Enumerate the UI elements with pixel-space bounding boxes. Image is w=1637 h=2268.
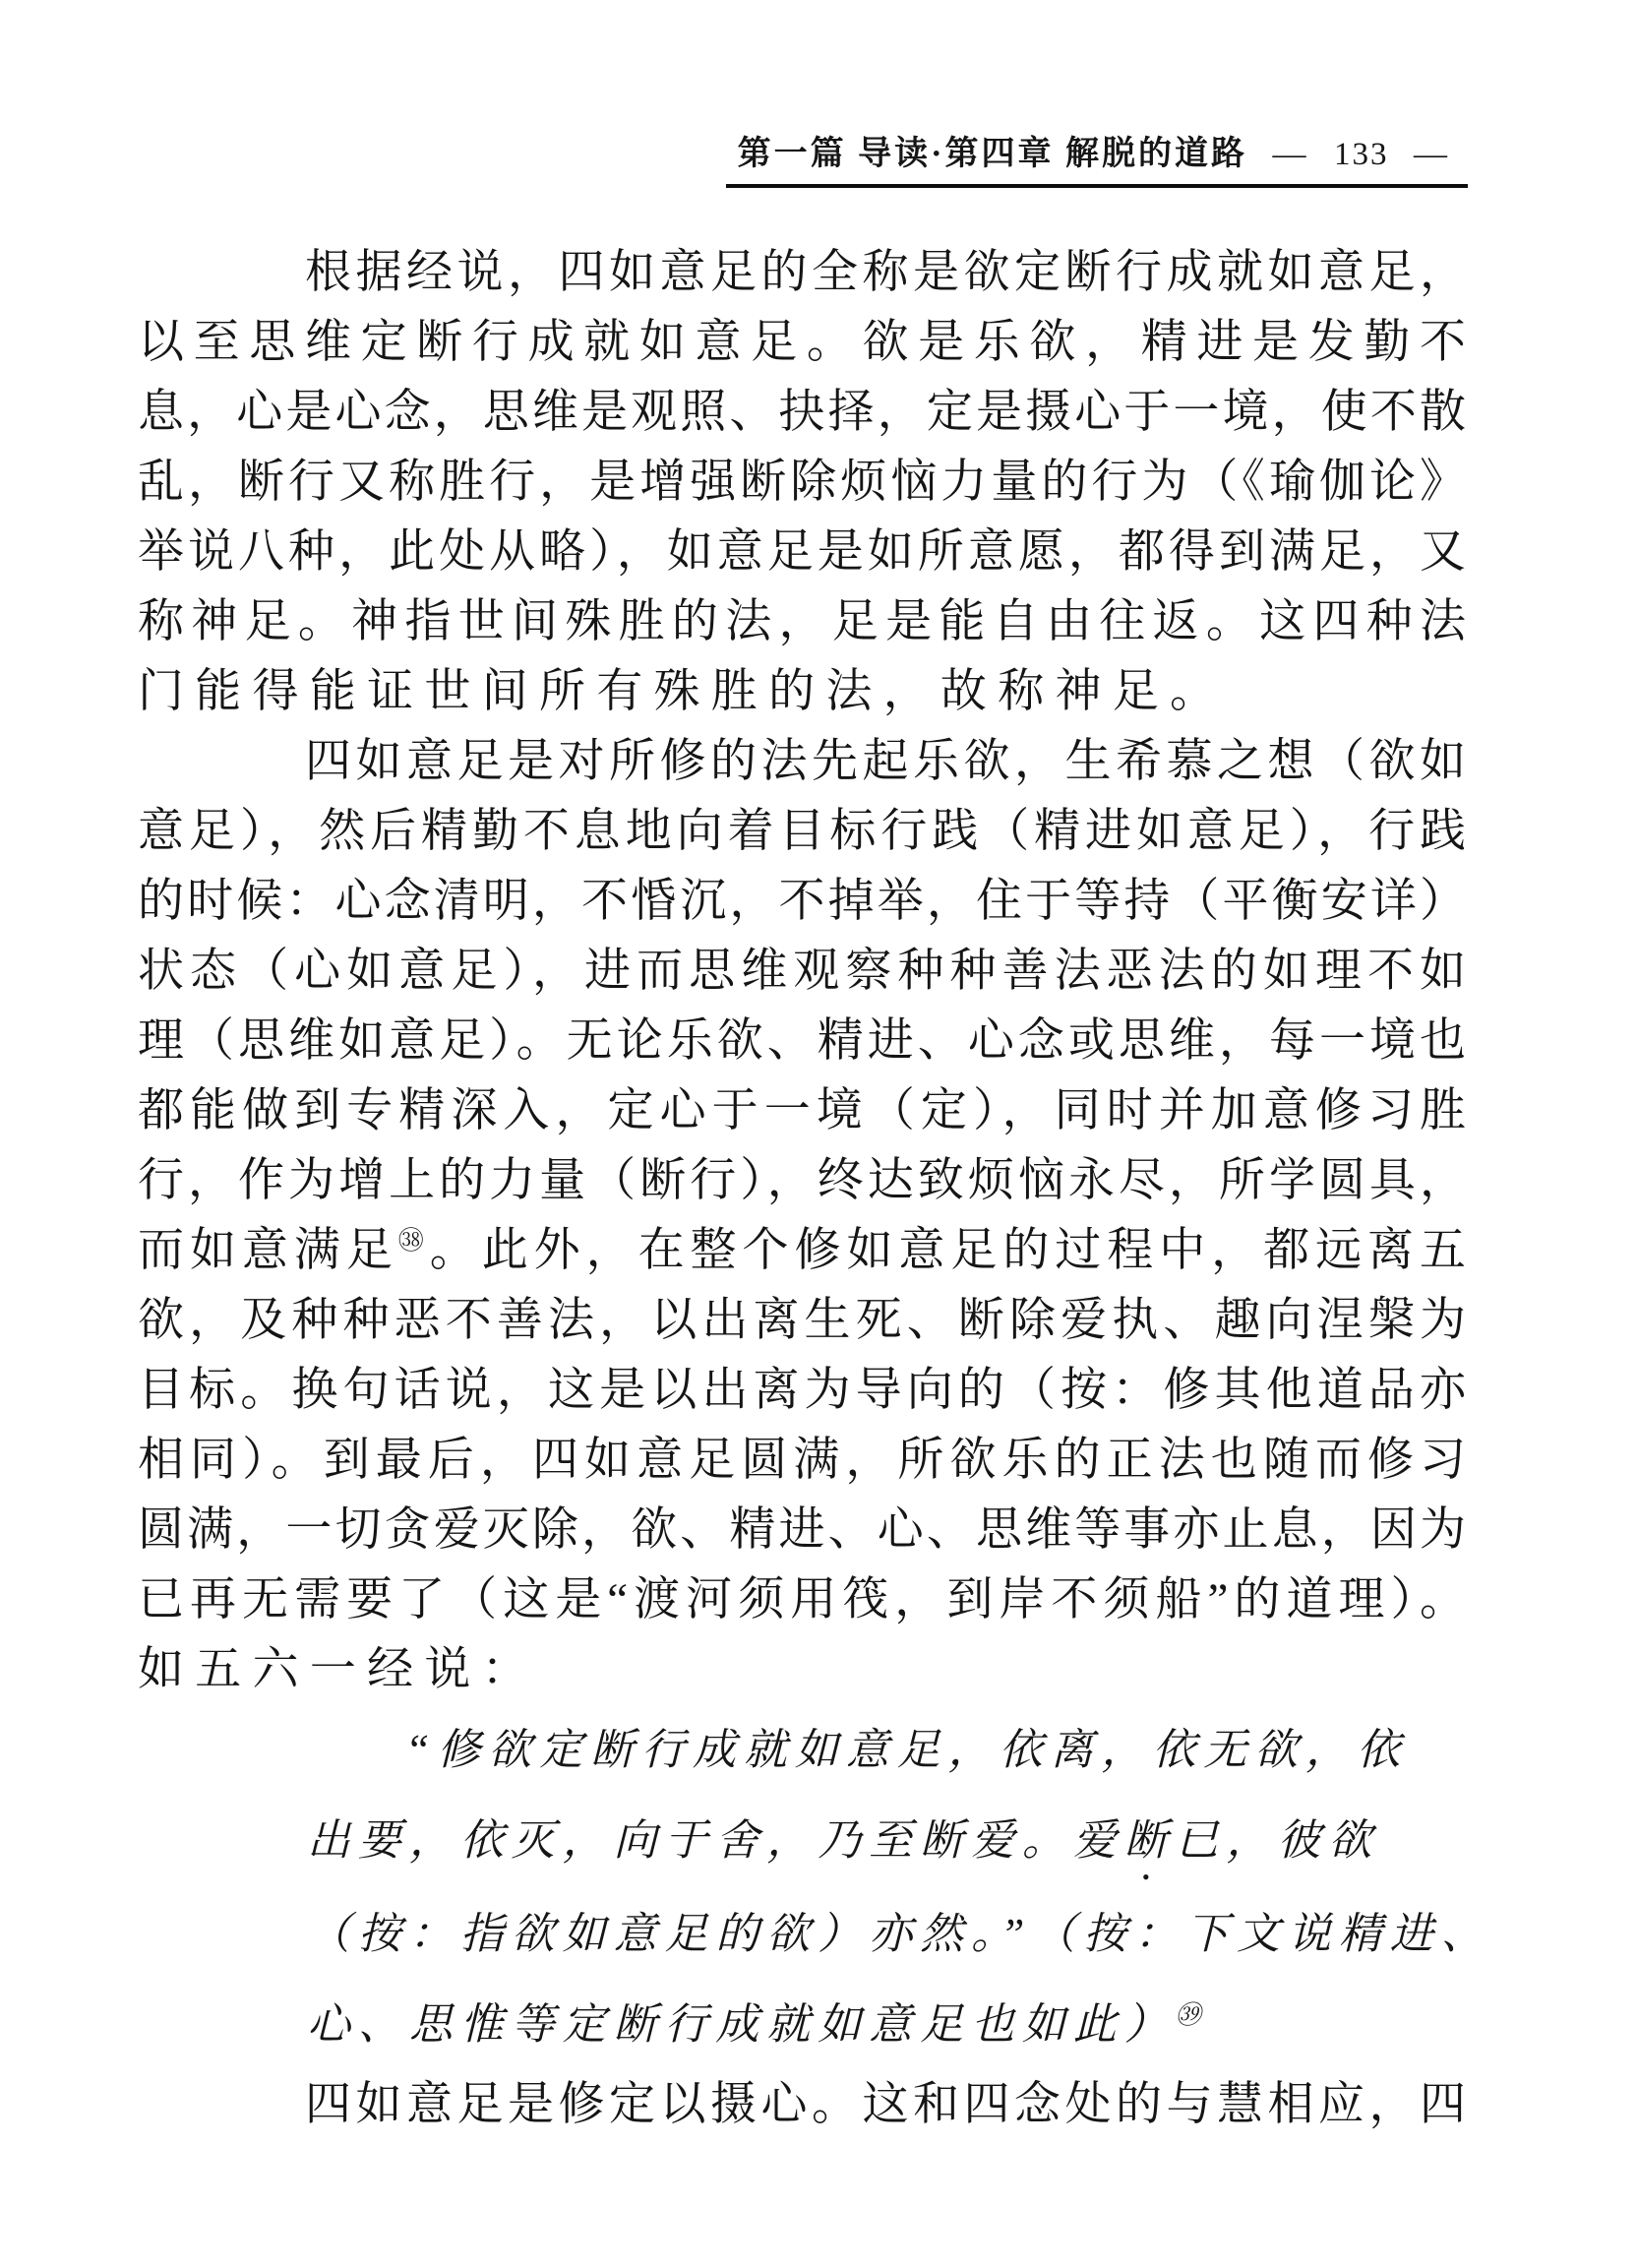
text-segment: （按：指欲如意足的欲）亦然。”（按：下文说精进、 (307, 1910, 1492, 1958)
text-segment: “修欲定断行成就如意足，依离，依无欲，依 (405, 1726, 1408, 1774)
text-line: 四如意足是修定以摄心。这和四念处的与慧相应，四 (138, 2070, 1466, 2140)
text-line: 欲，及种种恶不善法，以出离生死、断除爱执、趣向涅槃为 (138, 1286, 1466, 1356)
text-line: （按：指欲如意足的欲）亦然。”（按：下文说精进、 (307, 1889, 1466, 1980)
text-segment: 已再无需要了（这是“渡河须用筏，到岸不须船”的道理）。 (138, 1574, 1466, 1625)
text-line: 相同）。到最后，四如意足圆满，所欲乐的正法也随而修习 (138, 1426, 1466, 1496)
chapter-title: 第一篇 导读·第四章 解脱的道路 (738, 136, 1247, 172)
text-segment: 如五六一经说： (138, 1644, 539, 1695)
text-segment: 的时候：心念清明，不惛沉，不掉举，住于等持（平衡安详） (138, 876, 1466, 927)
footnote-marker: ㊴ (1176, 2000, 1201, 2029)
text-segment: 意足），然后精勤不息地向着目标行践（精进如意足），行践 (138, 806, 1466, 857)
text-segment: 圆满，一切贪爱灭除，欲、精进、心、思维等事亦止息，因为 (138, 1504, 1466, 1556)
text-line: 举说八种，此处从略），如意足是如所意愿，都得到满足，又 (138, 518, 1466, 587)
text-line: 已再无需要了（这是“渡河须用筏，到岸不须船”的道理）。 (138, 1565, 1466, 1635)
text-segment: 以至思维定断行成就如意足。欲是乐欲，精进是发勤不 (138, 317, 1466, 368)
text-segment: 出要，依灭，向于舍，乃至断爱。爱 (307, 1816, 1124, 1865)
text-line: 心、思惟等定断行成就如意足也如此）㊴ (307, 1980, 1466, 2070)
text-segment: 目标。换句话说，这是以出离为导向的（按：修其他道品亦 (138, 1365, 1466, 1416)
page-number-right-dash: — (1400, 136, 1464, 172)
text-line: 出要，依灭，向于舍，乃至断爱。爱断已，彼欲 (307, 1796, 1466, 1889)
text-segment: 四如意足是对所修的法先起乐欲，生希慕之想（欲如 (305, 736, 1466, 787)
book-page: 第一篇 导读·第四章 解脱的道路 — 133 — 根据经说，四如意足的全称是欲定… (0, 0, 1637, 2268)
text-segment: 。此外，在整个修如意足的过程中，都远离五 (430, 1225, 1466, 1276)
text-line: 而如意满足㊳。此外，在整个修如意足的过程中，都远离五 (138, 1216, 1466, 1286)
text-segment: 已，彼欲 (1176, 1816, 1380, 1865)
text-segment: 门能得能证世间所有殊胜的法，故称神足。 (138, 666, 1227, 717)
running-head: 第一篇 导读·第四章 解脱的道路 — 133 — (138, 126, 1468, 188)
text-segment: 四如意足是修定以摄心。这和四念处的与慧相应，四 (305, 2079, 1466, 2130)
text-line: “修欲定断行成就如意足，依离，依无欲，依 (307, 1705, 1466, 1796)
page-body: 根据经说，四如意足的全称是欲定断行成就如意足，以至思维定断行成就如意足。欲是乐欲… (138, 238, 1466, 2140)
text-segment: 心、思惟等定断行成就如意足也如此） (307, 2000, 1176, 2049)
text-line: 目标。换句话说，这是以出离为导向的（按：修其他道品亦 (138, 1356, 1466, 1426)
text-line: 息，心是心念，思维是观照、抉择，定是摄心于一境，使不散 (138, 378, 1466, 448)
page-number: 133 (1334, 137, 1389, 172)
text-segment: 称神足。神指世间殊胜的法，足是能自由往返。这四种法 (138, 596, 1466, 647)
footnote-marker: ㊳ (398, 1226, 430, 1255)
text-line: 称神足。神指世间殊胜的法，足是能自由往返。这四种法 (138, 587, 1466, 657)
text-segment: 理（思维如意足）。无论乐欲、精进、心念或思维，每一境也 (138, 1015, 1466, 1067)
text-segment: 举说八种，此处从略），如意足是如所意愿，都得到满足，又 (138, 526, 1466, 578)
text-segment: 乱，断行又称胜行，是增强断除烦恼力量的行为（《瑜伽论》 (138, 457, 1466, 508)
text-line: 状态（心如意足），进而思维观察种种善法恶法的如理不如 (138, 937, 1466, 1007)
text-line: 乱，断行又称胜行，是增强断除烦恼力量的行为（《瑜伽论》 (138, 448, 1466, 518)
text-line: 如五六一经说： (138, 1635, 1466, 1705)
text-line: 理（思维如意足）。无论乐欲、精进、心念或思维，每一境也 (138, 1007, 1466, 1076)
text-line: 以至思维定断行成就如意足。欲是乐欲，精进是发勤不 (138, 308, 1466, 378)
text-line: 行，作为增上的力量（断行），终达致烦恼永尽，所学圆具， (138, 1146, 1466, 1216)
text-segment: 根据经说，四如意足的全称是欲定断行成就如意足， (305, 247, 1466, 298)
text-line: 都能做到专精深入，定心于一境（定），同时并加意修习胜 (138, 1076, 1466, 1146)
text-segment: 息，心是心念，思维是观照、抉择，定是摄心于一境，使不散 (138, 387, 1466, 438)
running-head-text: 第一篇 导读·第四章 解脱的道路 — 133 — (726, 126, 1468, 188)
text-line: 圆满，一切贪爱灭除，欲、精进、心、思维等事亦止息，因为 (138, 1496, 1466, 1565)
text-line: 意足），然后精勤不息地向着目标行践（精进如意足），行践 (138, 797, 1466, 867)
text-line: 门能得能证世间所有殊胜的法，故称神足。 (138, 657, 1466, 727)
text-line: 的时候：心念清明，不惛沉，不掉举，住于等持（平衡安详） (138, 867, 1466, 937)
page-number-left-dash: — (1259, 136, 1323, 172)
text-segment: 欲，及种种恶不善法，以出离生死、断除爱执、趣向涅槃为 (138, 1295, 1466, 1346)
text-segment: 断 (1124, 1816, 1176, 1865)
text-segment: 而如意满足 (138, 1225, 398, 1276)
text-segment: 状态（心如意足），进而思维观察种种善法恶法的如理不如 (138, 946, 1466, 997)
text-segment: 行，作为增上的力量（断行），终达致烦恼永尽，所学圆具， (138, 1155, 1466, 1206)
text-segment: 都能做到专精深入，定心于一境（定），同时并加意修习胜 (138, 1085, 1466, 1136)
text-line: 四如意足是对所修的法先起乐欲，生希慕之想（欲如 (138, 727, 1466, 797)
text-line: 根据经说，四如意足的全称是欲定断行成就如意足， (138, 238, 1466, 308)
text-segment: 相同）。到最后，四如意足圆满，所欲乐的正法也随而修习 (138, 1435, 1466, 1486)
